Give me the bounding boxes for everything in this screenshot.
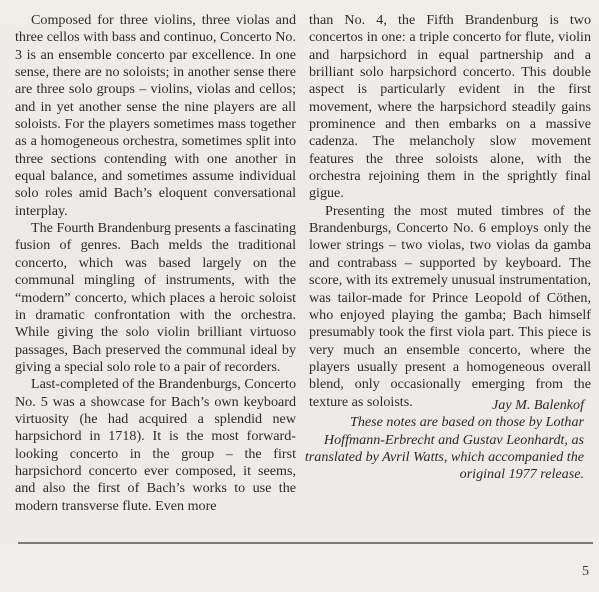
author-name: Jay M. Balenkof <box>300 397 584 414</box>
paragraph-concerto-3: Composed for three violins, three violas… <box>15 12 296 220</box>
left-column: Composed for three violins, three violas… <box>15 12 296 515</box>
footer-divider <box>18 542 593 544</box>
right-column: than No. 4, the Fifth Brandenburg is two… <box>309 12 591 411</box>
paragraph-concerto-5: Last-completed of the Brandenburgs, Conc… <box>15 376 296 515</box>
paragraph-concerto-5-continued: than No. 4, the Fifth Brandenburg is two… <box>309 12 591 203</box>
paragraph-concerto-4: The Fourth Brandenburg presents a fascin… <box>15 220 296 376</box>
paragraph-concerto-6: Presenting the most muted timbres of the… <box>309 203 591 411</box>
signature-block: Jay M. Balenkof These notes are based on… <box>300 397 584 483</box>
credit-note: These notes are based on those by Lothar… <box>305 414 584 482</box>
page-number: 5 <box>582 564 589 580</box>
